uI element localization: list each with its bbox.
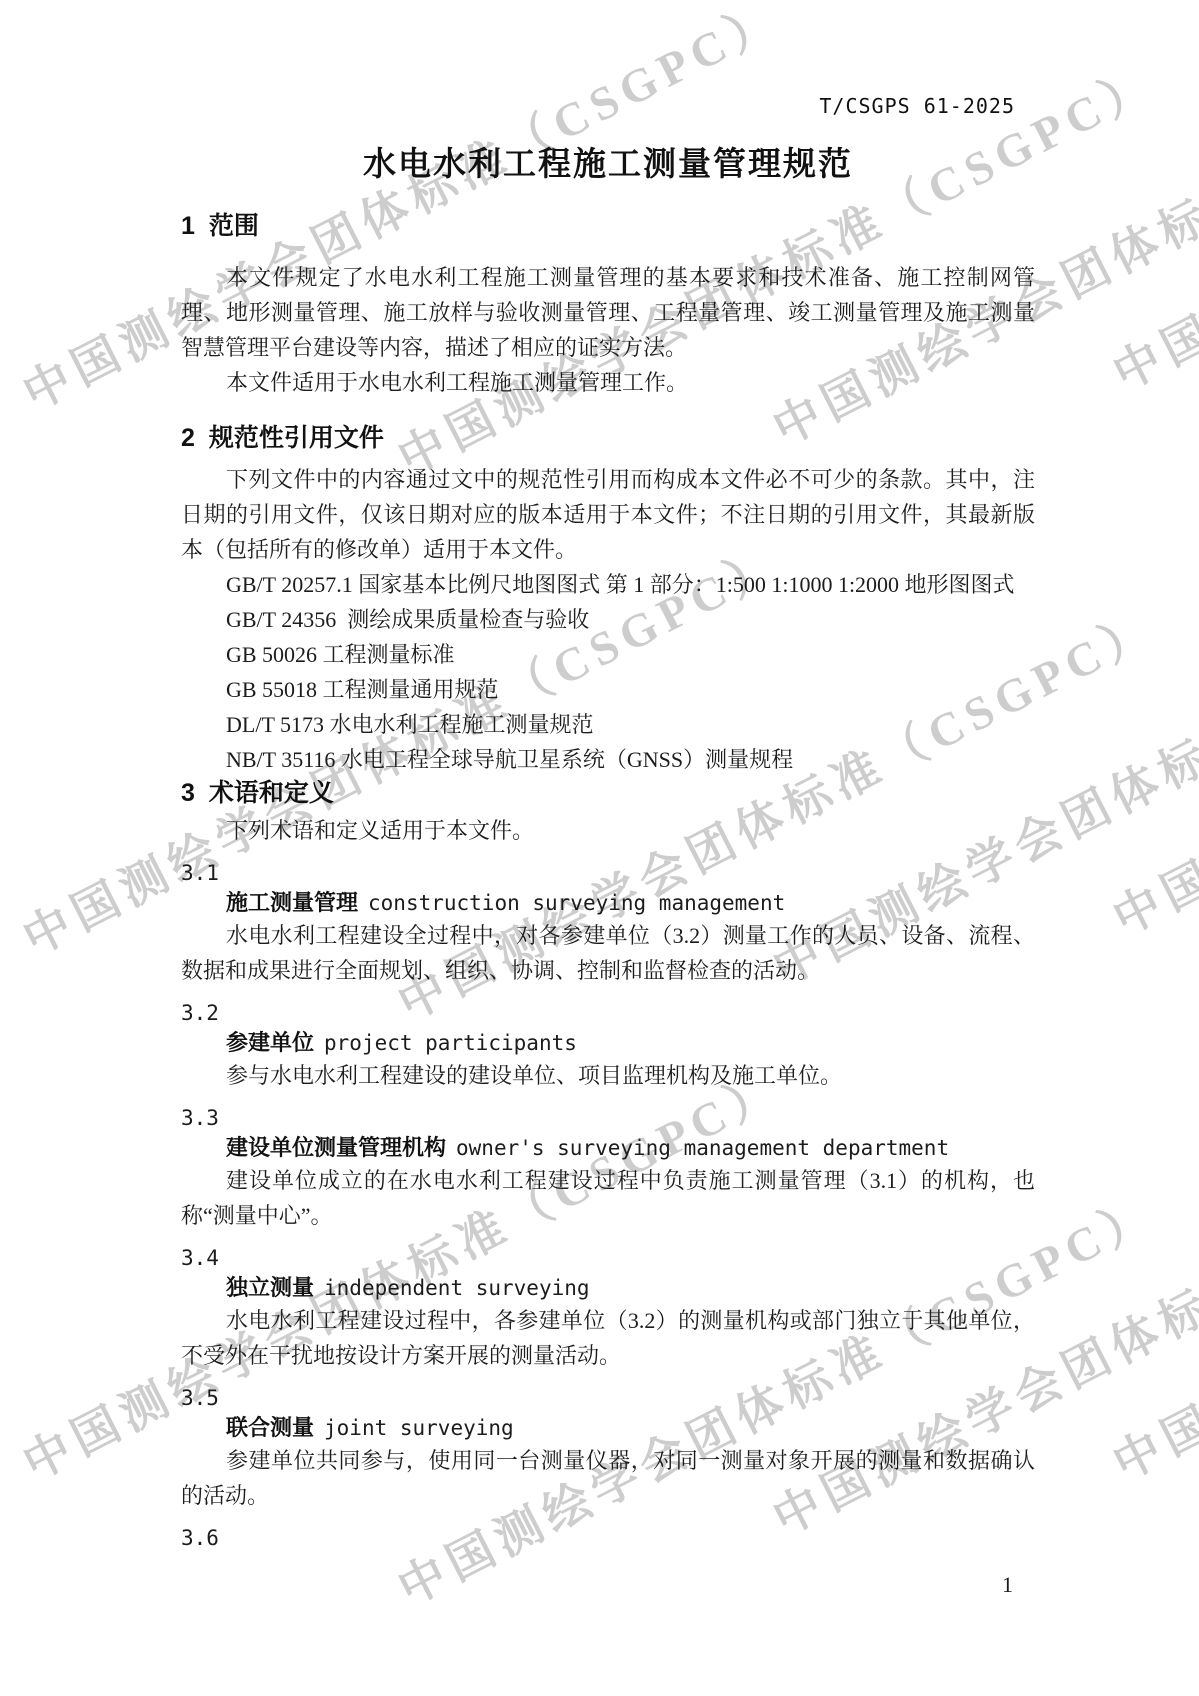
reference-item: NB/T 35116 水电工程全球导航卫星系统（GNSS）测量规程 xyxy=(181,742,1035,777)
section-number: 3 xyxy=(181,779,195,807)
watermark: 中国测绘学会团体标准（CSGPC） xyxy=(1100,1051,1199,1493)
reference-item: DL/T 5173 水电水利工程施工测量规范 xyxy=(181,707,1035,742)
term-number: 3.3 xyxy=(181,1107,1035,1129)
terms-intro-paragraph: 下列术语和定义适用于本文件。 xyxy=(181,813,1035,848)
term-name-en: project participants xyxy=(324,1031,577,1055)
term-name-en: construction surveying management xyxy=(368,891,785,915)
reference-item: GB/T 20257.1 国家基本比例尺地图图式 第 1 部分：1:500 1:… xyxy=(181,567,1035,602)
term-name-en: independent surveying xyxy=(324,1276,590,1300)
scope-paragraph-1: 本文件规定了水电水利工程施工测量管理的基本要求和技术准备、施工控制网管理、地形测… xyxy=(181,260,1035,365)
page-number: 1 xyxy=(1002,1572,1013,1598)
section-number: 2 xyxy=(181,424,195,452)
term-name-en: joint surveying xyxy=(324,1416,514,1440)
section-title: 范围 xyxy=(209,212,259,240)
term-definition: 水电水利工程建设过程中，各参建单位（3.2）的测量机构或部门独立于其他单位，不受… xyxy=(181,1303,1035,1373)
term-heading: 联合测量joint surveying xyxy=(181,1415,1035,1441)
section-heading-terms-definitions: 3术语和定义 xyxy=(181,777,1035,809)
reference-item: GB/T 24356 测绘成果质量检查与验收 xyxy=(181,602,1035,637)
section-heading-scope: 1范围 xyxy=(181,210,1035,242)
watermark: 中国测绘学会团体标准（CSGPC） xyxy=(1100,506,1199,948)
section-heading-normative-references: 2规范性引用文件 xyxy=(181,422,1035,454)
document-page: 中国测绘学会团体标准（CSGPC）中国测绘学会团体标准（CSGPC）中国测绘学会… xyxy=(0,0,1199,1696)
term-name-zh: 独立测量 xyxy=(226,1275,314,1300)
section-title: 规范性引用文件 xyxy=(209,424,384,452)
term-name-zh: 联合测量 xyxy=(226,1415,314,1440)
term-heading: 参建单位project participants xyxy=(181,1030,1035,1056)
term-name-en: owner's surveying management department xyxy=(456,1136,949,1160)
term-name-zh: 建设单位测量管理机构 xyxy=(226,1135,446,1160)
reference-item: GB 55018 工程测量通用规范 xyxy=(181,672,1035,707)
section-number: 1 xyxy=(181,212,195,240)
watermark: 中国测绘学会团体标准（CSGPC） xyxy=(1100,0,1199,403)
doc-number: T/CSGPS 61-2025 xyxy=(181,95,1035,117)
references-intro-paragraph: 下列文件中的内容通过文中的规范性引用而构成本文件必不可少的条款。其中，注日期的引… xyxy=(181,462,1035,567)
term-heading: 施工测量管理construction surveying management xyxy=(181,890,1035,916)
term-definition: 建设单位成立的在水电水利工程建设过程中负责施工测量管理（3.1）的机构，也称“测… xyxy=(181,1163,1035,1233)
term-number: 3.5 xyxy=(181,1387,1035,1409)
term-name-zh: 参建单位 xyxy=(226,1030,314,1055)
section-title: 术语和定义 xyxy=(209,779,334,807)
term-definition: 水电水利工程建设全过程中，对各参建单位（3.2）测量工作的人员、设备、流程、数据… xyxy=(181,918,1035,988)
document-content: T/CSGPS 61-2025 水电水利工程施工测量管理规范 1范围 本文件规定… xyxy=(181,0,1035,1549)
term-heading: 独立测量independent surveying xyxy=(181,1275,1035,1301)
term-definition: 参与水电水利工程建设的建设单位、项目监理机构及施工单位。 xyxy=(181,1058,1035,1093)
term-number: 3.1 xyxy=(181,862,1035,884)
term-heading: 建设单位测量管理机构owner's surveying management d… xyxy=(181,1135,1035,1161)
term-name-zh: 施工测量管理 xyxy=(226,890,358,915)
term-definition: 参建单位共同参与，使用同一台测量仪器，对同一测量对象开展的测量和数据确认的活动。 xyxy=(181,1443,1035,1513)
scope-paragraph-2: 本文件适用于水电水利工程施工测量管理工作。 xyxy=(181,365,1035,400)
term-number: 3.6 xyxy=(181,1527,1035,1549)
reference-item: GB 50026 工程测量标准 xyxy=(181,637,1035,672)
term-number: 3.2 xyxy=(181,1002,1035,1024)
term-number: 3.4 xyxy=(181,1247,1035,1269)
doc-title: 水电水利工程施工测量管理规范 xyxy=(181,141,1035,187)
